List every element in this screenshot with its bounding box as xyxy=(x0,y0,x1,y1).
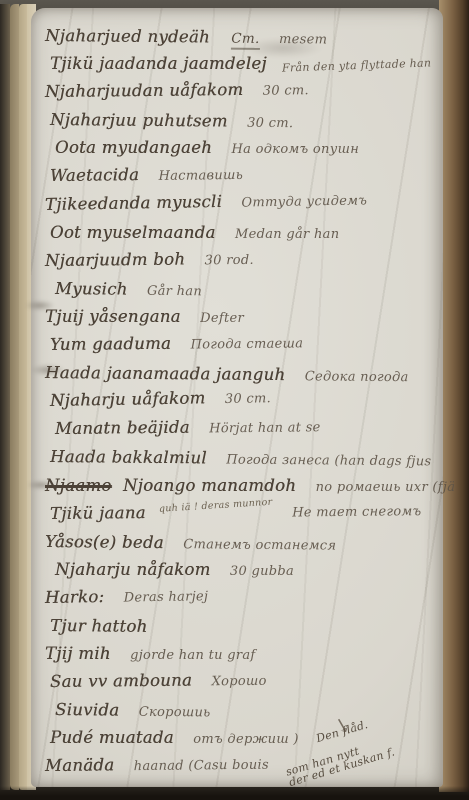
page-edge-stack xyxy=(10,4,19,790)
book-fore-edge xyxy=(439,0,469,792)
entry-word: Haada bakkalmiul xyxy=(50,447,207,467)
photo-frame: Njaharjued nydeäh Cm. mesem Tjikü jaadan… xyxy=(0,0,469,800)
entry-word: Njaharjuudan uåfakom xyxy=(45,80,244,101)
entry-word: Njaharjued nydeäh xyxy=(45,26,210,46)
struck-word: Njaamo xyxy=(45,476,112,495)
gloss-text: Станемъ останемся xyxy=(183,537,336,553)
manuscript-line: Siuvida Скорошиь xyxy=(55,700,435,731)
entry-word: Tjikü jaadanda jaamdelej xyxy=(50,54,267,73)
manuscript-line: Sau vv ambouna Хорошо xyxy=(50,668,435,700)
spine-shadow xyxy=(0,4,10,790)
gloss-text: 30 gubba xyxy=(230,564,294,579)
entry-word: Waetacida xyxy=(50,166,139,186)
gloss-text: Скорошиь xyxy=(139,705,211,721)
manuscript-line: Njaharjued nydeäh Cm. mesem xyxy=(45,26,435,57)
entry-word: Myusich xyxy=(55,279,128,299)
manuscript-line: Njaharju uåfakom 30 cm. xyxy=(50,385,435,420)
gloss-text: На одкомъ опушн xyxy=(231,142,359,157)
gloss-text: haanad (Casu bouis xyxy=(134,758,269,774)
gloss-text: Наставишь xyxy=(158,168,243,184)
notebook-page: Njaharjued nydeäh Cm. mesem Tjikü jaadan… xyxy=(31,8,443,787)
gloss-text: 30 cm. xyxy=(263,83,309,98)
manuscript-line: Myusich Går han xyxy=(55,279,435,310)
manuscript-line: Haada bakkalmiul Погода занеса (han dags… xyxy=(50,447,435,478)
manuscript-line: Yum gaaduma Погода стаеша xyxy=(50,331,435,363)
gloss-text: Не тает снегомъ xyxy=(292,504,421,520)
gloss-text: Hörjat han at se xyxy=(209,421,321,437)
entry-word: Pudé muatada xyxy=(50,728,174,747)
entry-word: Oota myudangaeh xyxy=(55,138,212,157)
entry-word: Manäda xyxy=(45,756,115,776)
gloss-text: Хорошо xyxy=(211,674,266,690)
gloss-underlined: Cm. xyxy=(231,31,259,50)
entry-word: Manatn beäjida xyxy=(55,418,190,438)
entry-word: Oot myuselmaanda xyxy=(50,223,216,242)
gloss-text: mesem xyxy=(279,32,327,47)
entry-word: Harko: xyxy=(45,587,105,607)
gloss-text: Medan går han xyxy=(235,227,339,242)
gloss-text: Defter xyxy=(200,311,244,326)
manuscript-line: Harko: Deras harjej xyxy=(45,581,435,616)
entry-word: Siuvida xyxy=(55,700,119,720)
entry-word: Sau vv ambouna xyxy=(50,671,192,691)
manuscript-line: Njaharjuudan uåfakom 30 cm. xyxy=(45,78,435,110)
entry-word: Tjikeedanda myuscli xyxy=(45,191,222,213)
gloss-text: 30 rod. xyxy=(205,253,254,269)
entry-word: Yåsos(e) beda xyxy=(45,532,164,552)
gloss-text: Седока погода xyxy=(305,369,409,385)
gloss-text: 30 cm. xyxy=(225,391,271,407)
manuscript-line: Tjikü jaana quh iä ! deras munnor Не тае… xyxy=(50,500,435,532)
gloss-text: gjorde han tu graf xyxy=(130,648,255,663)
manuscript-line: Yåsos(e) beda Станемъ останемся xyxy=(45,532,435,563)
entry-word: Njaarjuudm boh xyxy=(45,249,185,269)
gloss-text: 30 cm. xyxy=(247,116,293,131)
entry-word: Tjur hattoh xyxy=(50,616,148,636)
entry-word: Njaharjuu puhutsem xyxy=(50,110,228,131)
entry-word: Yum gaaduma xyxy=(50,334,171,354)
gloss-text: Погода занеса (han dags fjus xyxy=(226,453,431,470)
gloss-text: по ромаешь uxr (fjä xyxy=(316,480,456,495)
manuscript-line: Manatn beäjida Hörjat han at se xyxy=(55,415,435,447)
page-edge-stack xyxy=(19,4,27,790)
manuscript-line: Njaharjuu puhutsem 30 cm. xyxy=(50,110,435,141)
entry-word: Njoango manamdoh xyxy=(123,476,296,495)
manuscript-line: Manäda haanad (Casu bouis som han nytt d… xyxy=(45,752,435,784)
entry-word: Tjikü jaana xyxy=(50,503,146,523)
gloss-text: отъ держиш ) xyxy=(193,732,298,747)
manuscript-lines: Njaharjued nydeäh Cm. mesem Tjikü jaadan… xyxy=(45,26,435,787)
gloss-text: Går han xyxy=(147,284,202,299)
manuscript-line: Tjikeedanda myuscli Оттуда усидемъ xyxy=(45,188,435,223)
manuscript-line: Tjur hattoh xyxy=(50,616,435,647)
entry-word: Tjuij yåsengana xyxy=(45,307,181,326)
gloss-text: Deras harjej xyxy=(124,589,209,605)
entry-word: Tjij mih xyxy=(45,644,111,663)
entry-word: Haada jaanamaada jaanguh xyxy=(45,363,286,384)
gloss-text: Оттуда усидемъ xyxy=(241,193,367,210)
entry-word: Njaharju nåfakom xyxy=(55,560,211,579)
gloss-text: Погода стаеша xyxy=(190,336,303,352)
page-bottom-shadow xyxy=(0,786,469,800)
entry-word: Njaharju uåfakom xyxy=(50,389,206,411)
gloss-small: Från den yta flyttade han xyxy=(282,56,432,74)
manuscript-line: Njaarjuudm boh 30 rod. xyxy=(45,247,435,279)
